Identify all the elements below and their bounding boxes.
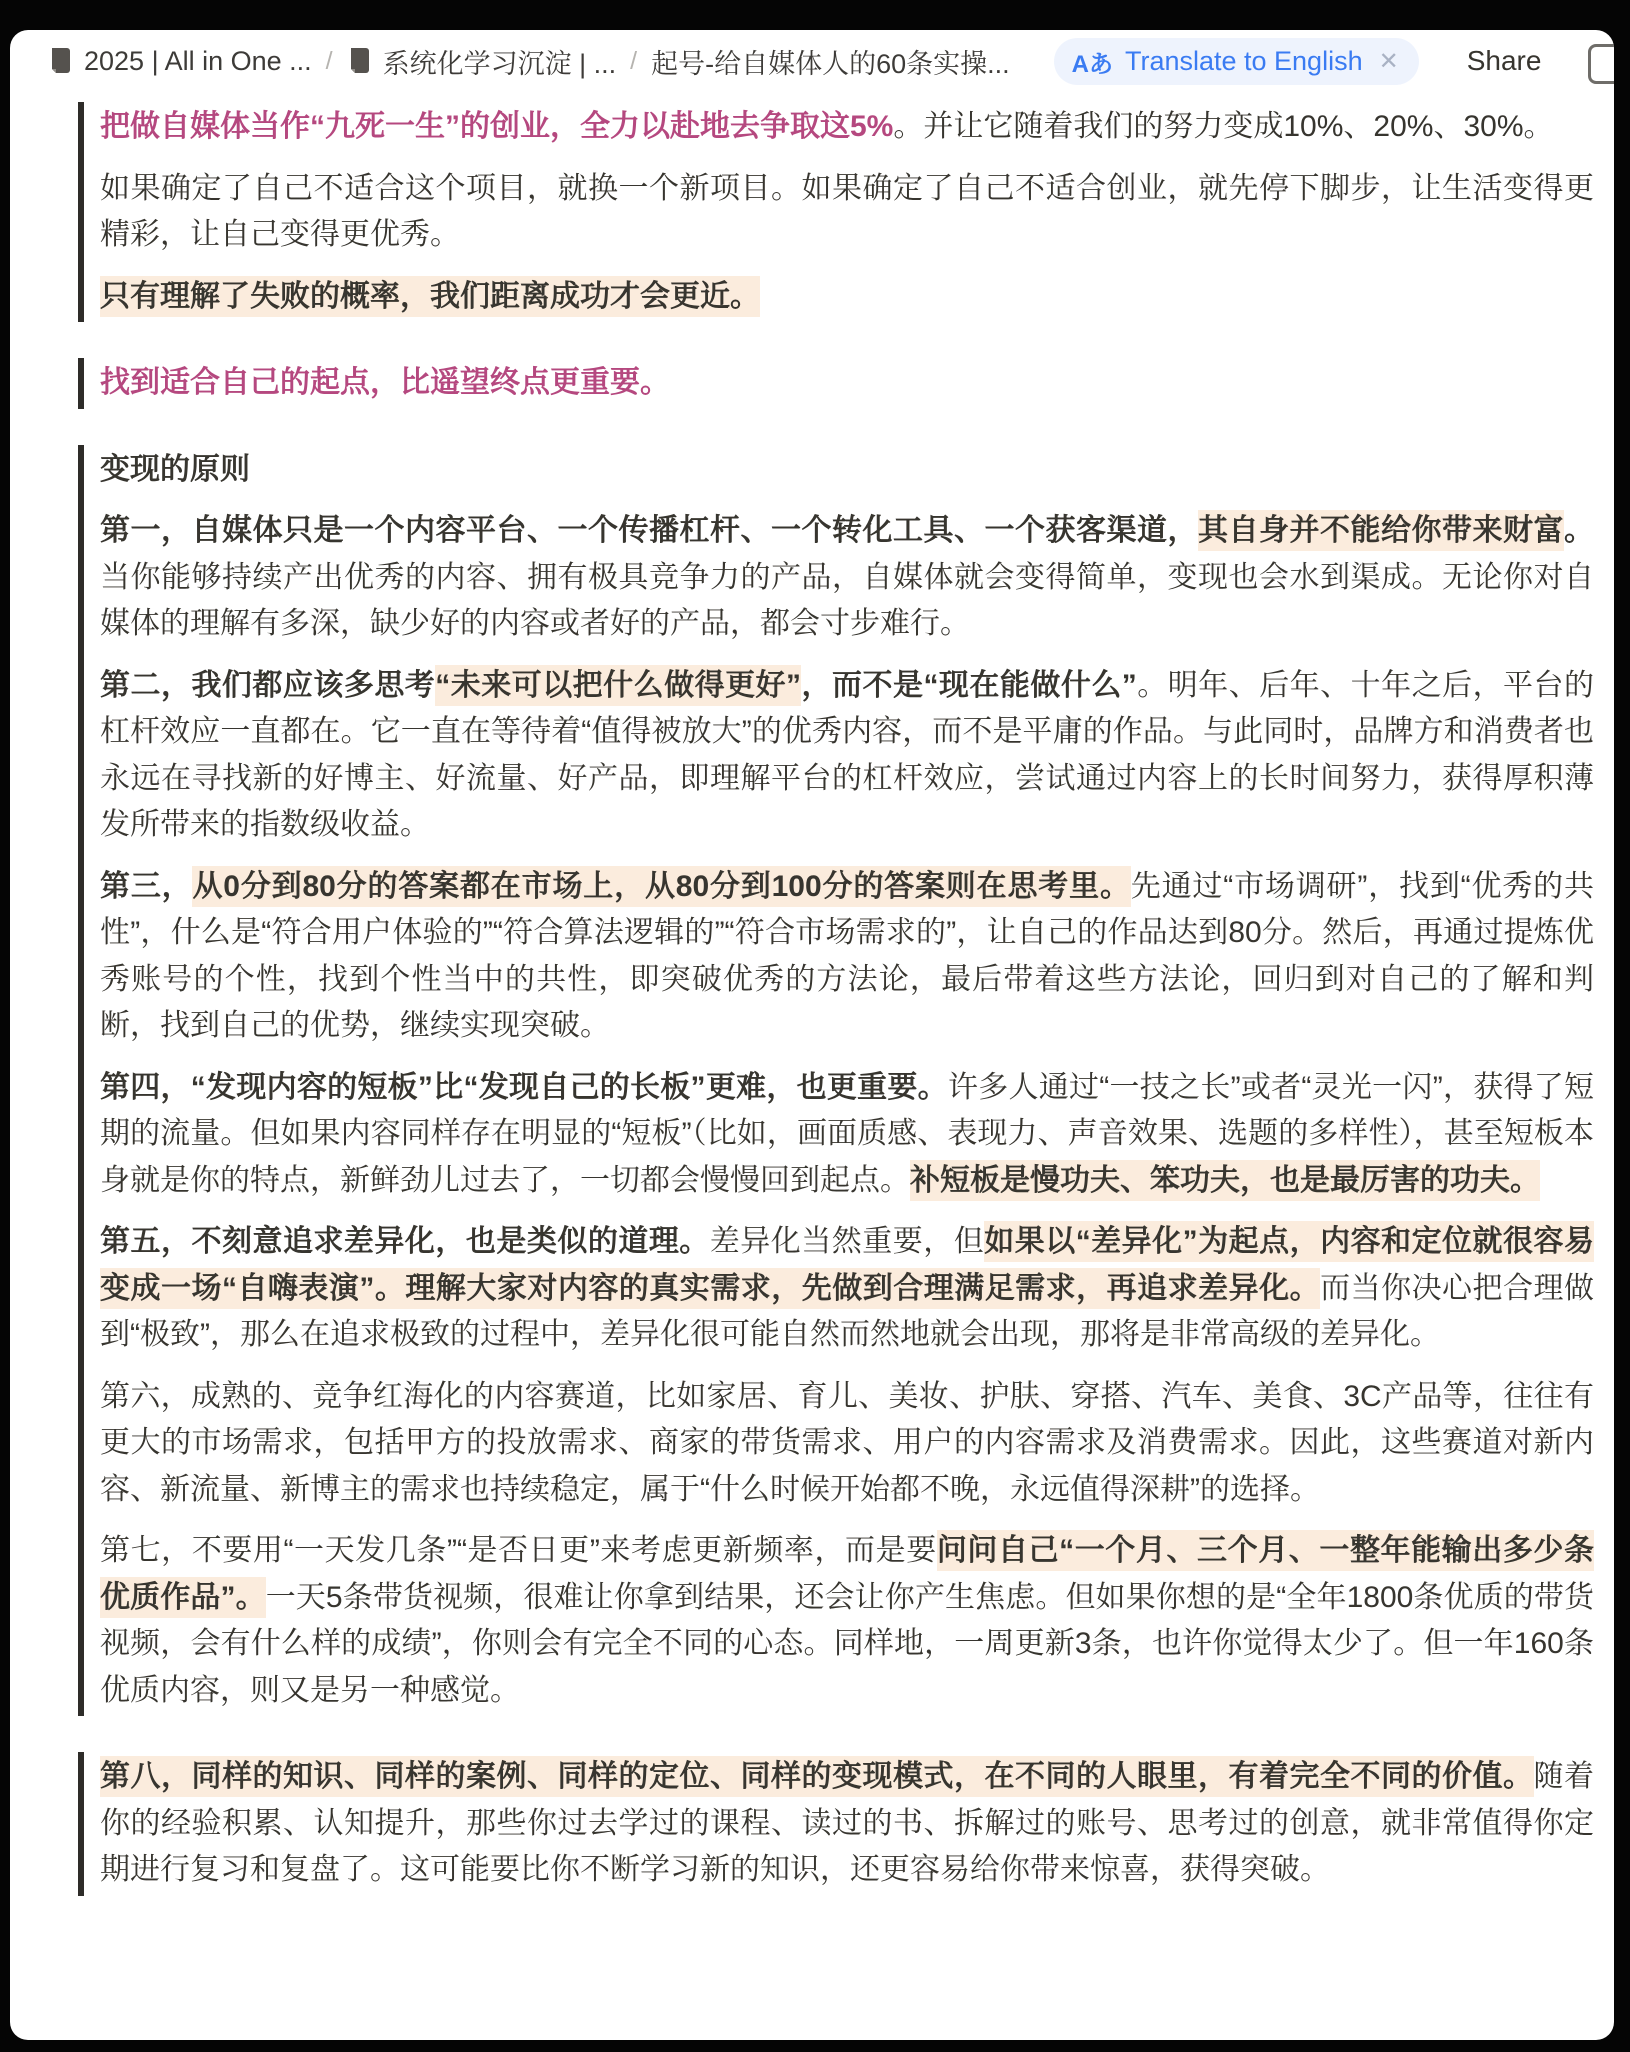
text-run: ，而不是“现在能做什么” xyxy=(801,669,1137,702)
paragraph: 变现的原则 xyxy=(100,447,1594,494)
breadcrumb-item-current[interactable]: 起号-给自媒体人的60条实操... xyxy=(651,42,1010,81)
text-run: 一天5条带货视频，很难让你拿到结果，还会让你产生焦虑。但如果你想的是“全年180… xyxy=(100,1581,1594,1707)
text-run: 把做自媒体当作“九死一生”的创业，全力以赴地去争取这5% xyxy=(100,110,893,143)
paragraph: 第六，成熟的、竞争红海化的内容赛道，比如家居、育儿、美妆、护肤、穿搭、汽车、美食… xyxy=(100,1374,1594,1514)
translate-pill[interactable]: Aあ Translate to English ✕ xyxy=(1054,38,1419,85)
quote-block: 把做自媒体当作“九死一生”的创业，全力以赴地去争取这5%。并让它随着我们的努力变… xyxy=(78,102,1594,322)
text-run: 第七，不要用“一天发几条”“是否日更”来考虑更新频率，而是要 xyxy=(100,1534,937,1567)
text-run: 如果确定了自己不适合这个项目，就换一个新项目。如果确定了自己不适合创业，就先停下… xyxy=(100,172,1594,252)
text-run: 其自身并不能给你带来财富 xyxy=(1198,510,1564,551)
breadcrumb: 2025 | All in One ... / 系统化学习沉淀 | ... / … xyxy=(48,42,1010,81)
text-run: 第一，自媒体只是一个内容平台、一个传播杠杆、一个转化工具、一个获客渠道， xyxy=(100,514,1198,547)
text-run: 从0分到80分的答案都在市场上，从80分到100分的答案则在思考里。 xyxy=(192,866,1130,907)
text-run: 差异化当然重要，但 xyxy=(710,1225,984,1258)
header-bar: 2025 | All in One ... / 系统化学习沉淀 | ... / … xyxy=(10,30,1614,92)
translate-label: Translate to English xyxy=(1125,46,1363,77)
quote-block: 找到适合自己的起点，比遥望终点更重要。 xyxy=(78,358,1594,409)
paragraph: 把做自媒体当作“九死一生”的创业，全力以赴地去争取这5%。并让它随着我们的努力变… xyxy=(100,104,1594,151)
text-run: 。并让它随着我们的努力变成10%、20%、30%。 xyxy=(893,110,1553,143)
text-run: 补短板是慢功夫、笨功夫，也是最厉害的功夫。 xyxy=(910,1160,1540,1201)
text-run: 找到适合自己的起点，比遥望终点更重要。 xyxy=(100,366,670,399)
text-run: 。 xyxy=(1564,514,1594,547)
paragraph: 找到适合自己的起点，比遥望终点更重要。 xyxy=(100,360,1594,407)
document-content: 把做自媒体当作“九死一生”的创业，全力以赴地去争取这5%。并让它随着我们的努力变… xyxy=(78,102,1594,1896)
breadcrumb-label: 2025 | All in One ... xyxy=(84,46,312,77)
text-run: 变现的原则 xyxy=(100,453,250,486)
text-run: “未来可以把什么做得更好” xyxy=(435,665,801,706)
paragraph: 如果确定了自己不适合这个项目，就换一个新项目。如果确定了自己不适合创业，就先停下… xyxy=(100,166,1594,259)
text-run: 第二，我们都应该多思考 xyxy=(100,669,435,702)
breadcrumb-separator: / xyxy=(326,47,333,76)
breadcrumb-label: 起号-给自媒体人的60条实操... xyxy=(651,42,1010,81)
paragraph: 第三，从0分到80分的答案都在市场上，从80分到100分的答案则在思考里。先通过… xyxy=(100,864,1594,1050)
paragraph: 第二，我们都应该多思考“未来可以把什么做得更好”，而不是“现在能做什么”。明年、… xyxy=(100,663,1594,849)
paragraph: 第七，不要用“一天发几条”“是否日更”来考虑更新频率，而是要问问自己“一个月、三… xyxy=(100,1528,1594,1714)
text-run: 第四，“发现内容的短板”比“发现自己的长板”更难，也更重要。 xyxy=(100,1071,948,1104)
paragraph: 只有理解了失败的概率，我们距离成功才会更近。 xyxy=(100,274,1594,321)
breadcrumb-label: 系统化学习沉淀 | ... xyxy=(383,42,617,81)
paragraph: 第五，不刻意追求差异化，也是类似的道理。差异化当然重要，但如果以“差异化”为起点… xyxy=(100,1219,1594,1359)
share-button[interactable]: Share xyxy=(1467,45,1542,77)
text-run: 第五，不刻意追求差异化，也是类似的道理。 xyxy=(100,1225,710,1258)
paragraph: 第四，“发现内容的短板”比“发现自己的长板”更难，也更重要。许多人通过“一技之长… xyxy=(100,1065,1594,1205)
text-run: 只有理解了失败的概率，我们距离成功才会更近。 xyxy=(100,276,760,317)
clipped-toolbar-icon[interactable] xyxy=(1588,44,1614,84)
text-run: 第八，同样的知识、同样的案例、同样的定位、同样的变现模式，在不同的人眼里，有着完… xyxy=(100,1756,1534,1797)
page-icon xyxy=(48,47,74,75)
quote-block: 变现的原则第一，自媒体只是一个内容平台、一个传播杠杆、一个转化工具、一个获客渠道… xyxy=(78,445,1594,1717)
text-run: 第三， xyxy=(100,870,192,903)
quote-block: 第八，同样的知识、同样的案例、同样的定位、同样的变现模式，在不同的人眼里，有着完… xyxy=(78,1752,1594,1896)
text-run: 当你能够持续产出优秀的内容、拥有极具竞争力的产品，自媒体就会变得简单，变现也会水… xyxy=(100,561,1594,641)
breadcrumb-separator: / xyxy=(630,47,637,76)
paragraph: 第八，同样的知识、同样的案例、同样的定位、同样的变现模式，在不同的人眼里，有着完… xyxy=(100,1754,1594,1894)
translate-icon: Aあ xyxy=(1072,44,1113,79)
text-run: 第六，成熟的、竞争红海化的内容赛道，比如家居、育儿、美妆、护肤、穿搭、汽车、美食… xyxy=(100,1380,1594,1506)
app-window: 2025 | All in One ... / 系统化学习沉淀 | ... / … xyxy=(10,30,1614,2040)
page-icon xyxy=(347,47,373,75)
translate-close-icon[interactable]: ✕ xyxy=(1379,47,1399,76)
breadcrumb-item-root[interactable]: 2025 | All in One ... xyxy=(48,46,312,77)
paragraph: 第一，自媒体只是一个内容平台、一个传播杠杆、一个转化工具、一个获客渠道，其自身并… xyxy=(100,508,1594,648)
breadcrumb-item-parent[interactable]: 系统化学习沉淀 | ... xyxy=(347,42,617,81)
